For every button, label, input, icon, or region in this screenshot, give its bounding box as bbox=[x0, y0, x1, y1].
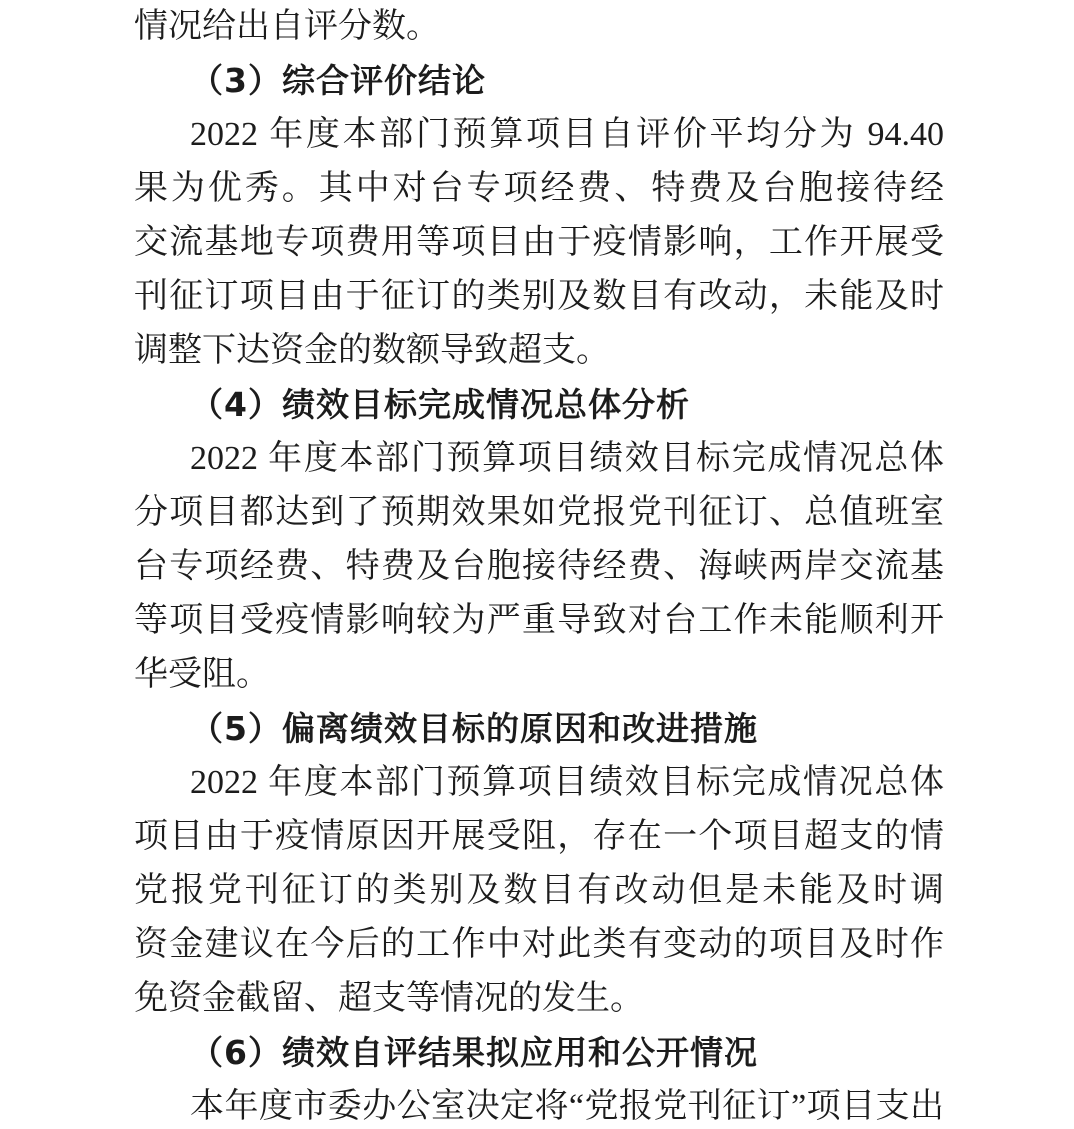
text-line: 项目由于疫情原因开展受阻，存在一个项目超支的情况，原因是 bbox=[134, 810, 944, 864]
text-line: 等项目受疫情影响较为严重导致对台工作未能顺利开展，台胞访 bbox=[134, 594, 944, 648]
text-line: 情况给出自评分数。 bbox=[134, 0, 944, 54]
section-heading: （6）绩效自评结果拟应用和公开情况 bbox=[134, 1026, 944, 1080]
text-line: 免资金截留、超支等情况的发生。 bbox=[134, 972, 944, 1026]
text-line: 党报党刊征订的类别及数目有改动但是未能及时调整，申请新的 bbox=[134, 864, 944, 918]
text-line: 台专项经费、特费及台胞接待经费、海峡两岸交流基地专项费用 bbox=[134, 540, 944, 594]
text-line: 2022 年度本部门预算项目绩效目标完成情况总体较好，部分 bbox=[134, 756, 944, 810]
text-line: 2022 年度本部门预算项目自评价平均分为 94.40 分，评价结 bbox=[134, 108, 944, 162]
section-heading: （3）综合评价结论 bbox=[134, 54, 944, 108]
text-line: 交流基地专项费用等项目由于疫情影响，工作开展受阻；党报党 bbox=[134, 216, 944, 270]
document-page: 情况给出自评分数。（3）综合评价结论2022 年度本部门预算项目自评价平均分为 … bbox=[0, 0, 1074, 1129]
text-line: 本年度市委办公室决定将“党报党刊征订”项目支出绩效作 bbox=[134, 1080, 944, 1129]
text-line: 分项目都达到了预期效果如党报党刊征订、总值班室经费等；对 bbox=[134, 486, 944, 540]
text-line: 果为优秀。其中对台专项经费、特费及台胞接待经费、海峡两岸 bbox=[134, 162, 944, 216]
text-line: 刊征订项目由于征订的类别及数目有改动，未能及时与财政沟通 bbox=[134, 270, 944, 324]
text-line: 华受阻。 bbox=[134, 648, 944, 702]
section-heading: （4）绩效目标完成情况总体分析 bbox=[134, 378, 944, 432]
section-heading: （5）偏离绩效目标的原因和改进措施 bbox=[134, 702, 944, 756]
text-line: 资金建议在今后的工作中对此类有变动的项目及时作出调整，避 bbox=[134, 918, 944, 972]
text-line: 调整下达资金的数额导致超支。 bbox=[134, 324, 944, 378]
text-line: 2022 年度本部门预算项目绩效目标完成情况总体较好，大部 bbox=[134, 432, 944, 486]
document-text-column: 情况给出自评分数。（3）综合评价结论2022 年度本部门预算项目自评价平均分为 … bbox=[134, 0, 944, 1129]
